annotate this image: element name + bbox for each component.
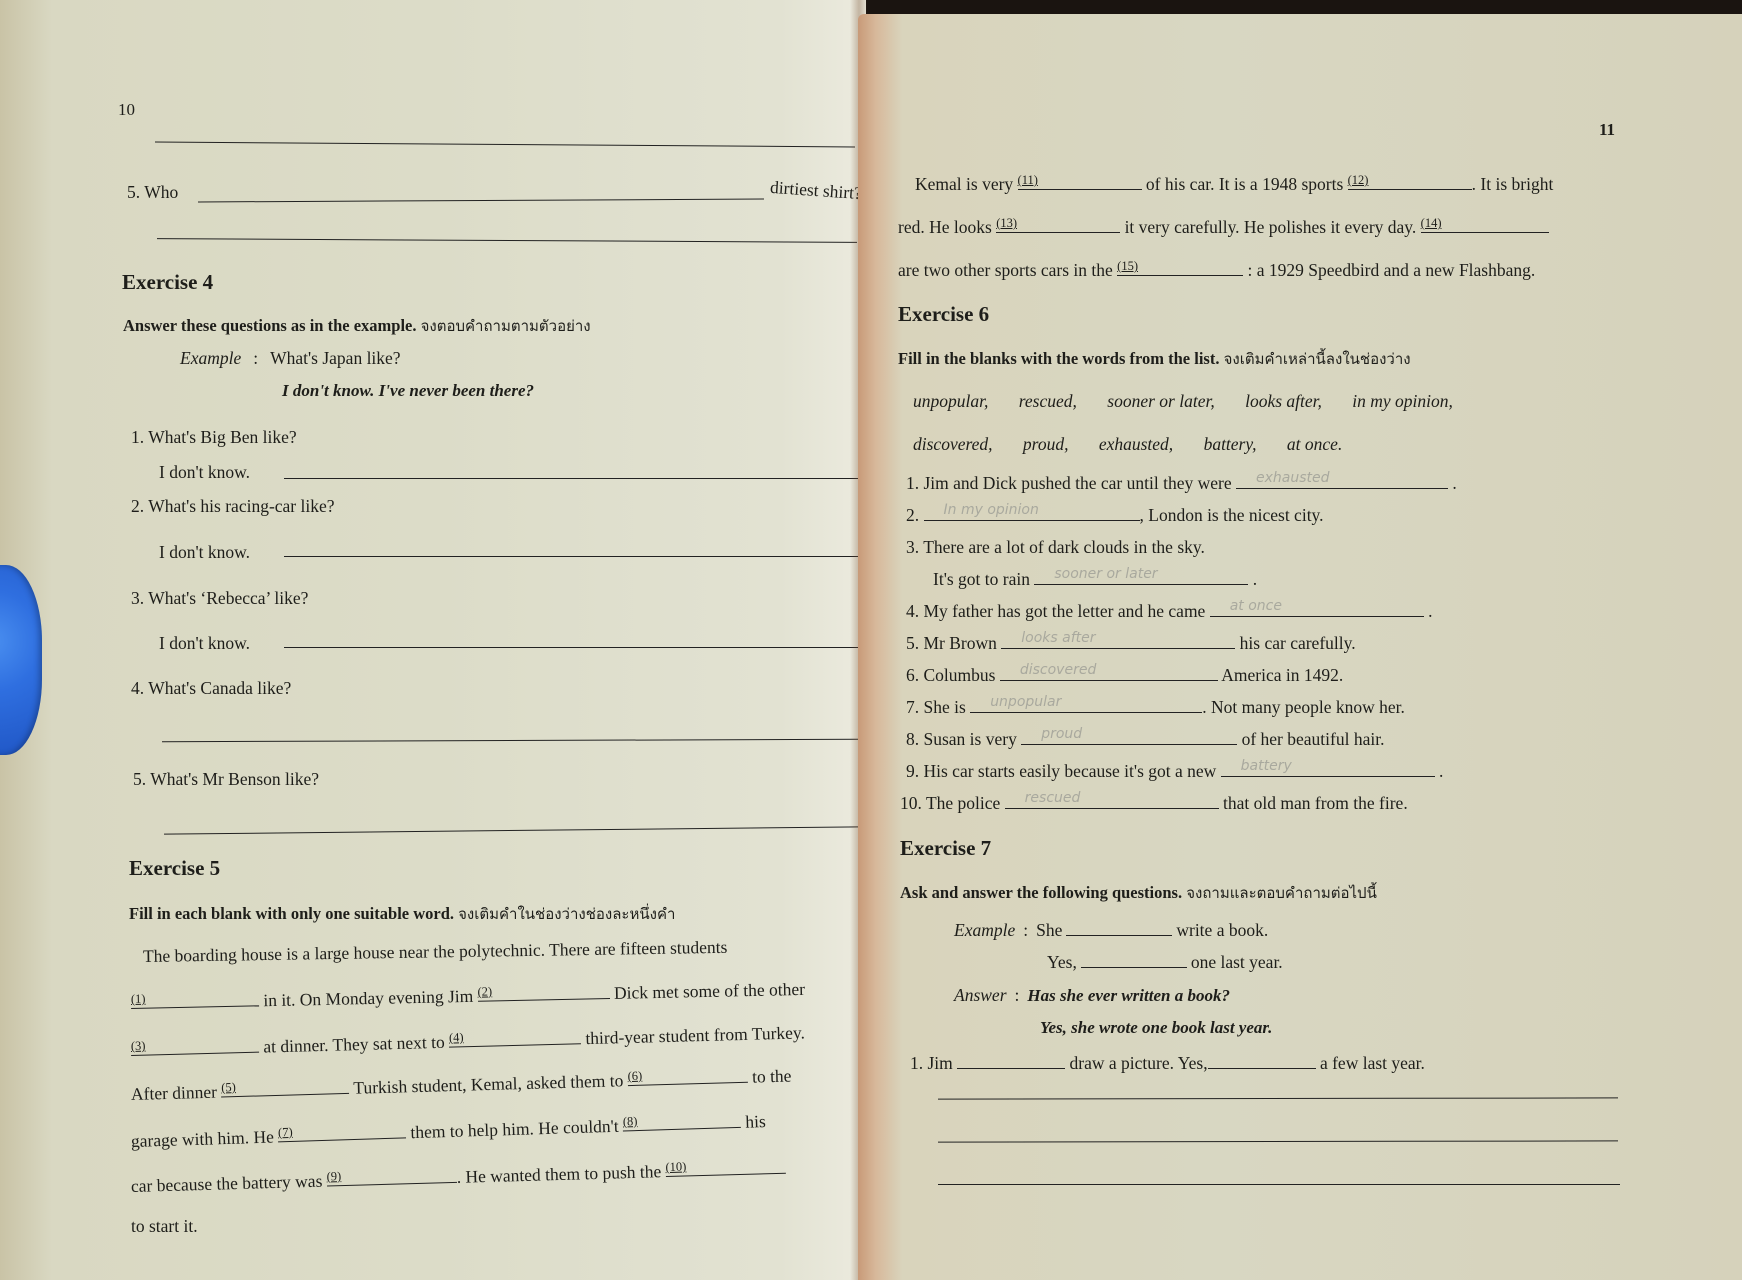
blank-1[interactable]: (1) — [131, 991, 259, 1009]
exercise-7-instruction: Ask and answer the following questions. … — [900, 881, 1377, 905]
item-question: What's his racing-car like? — [148, 496, 334, 516]
ex7-item-1-blank-2[interactable] — [1208, 1054, 1316, 1069]
ex7-example-line-1: Example : She write a book. — [954, 920, 1268, 941]
blank-number: (6) — [627, 1069, 642, 1084]
word-option: in my opinion, — [1352, 391, 1453, 411]
word-option: sooner or later, — [1107, 391, 1214, 411]
passage-text: in it. On Monday evening Jim — [259, 986, 478, 1011]
item-question: What's ‘Rebecca’ like? — [148, 588, 308, 608]
blue-cloth-object — [0, 565, 42, 755]
passage-line-6: to start it. — [131, 1216, 198, 1237]
example-text: Yes, — [1047, 952, 1077, 972]
exercise-6-instruction: Fill in the blanks with the words from t… — [898, 347, 1411, 371]
ex7-item-1: 1. Jim draw a picture. Yes, a few last y… — [910, 1053, 1425, 1074]
item-number: 4. — [131, 678, 144, 698]
passage-text: Turkish student, Kemal, asked them to — [349, 1070, 628, 1098]
passage-text: car because the battery was — [131, 1171, 327, 1196]
pencil-answer: rescued — [1025, 790, 1081, 806]
passage-text: are two other sports cars in the — [898, 260, 1117, 280]
passage-text: his — [741, 1111, 766, 1132]
ex7-answer-line[interactable] — [938, 1097, 1618, 1099]
ex6-item-7-blank[interactable]: unpopular — [970, 698, 1202, 713]
ex4-item-3-answer-lead: I don't know. — [159, 633, 250, 654]
ex4-item-3-question: 3. What's ‘Rebecca’ like? — [131, 588, 308, 609]
passage-line-2: (3) at dinner. They sat next to (4) thir… — [131, 1022, 805, 1061]
passage-text: at dinner. They sat next to — [259, 1032, 450, 1057]
ex6-item-4-blank[interactable]: at once — [1210, 602, 1424, 617]
answer-line — [155, 142, 855, 148]
item-lead: Who — [144, 182, 178, 202]
blank-7[interactable]: (7) — [278, 1123, 406, 1142]
example-text: write a book. — [1176, 920, 1268, 940]
answer-label: Answer — [954, 985, 1007, 1005]
passage-text: it very carefully. He polishes it every … — [1120, 217, 1420, 237]
instruction-thai: จงเติมคำเหล่านี้ลงในช่องว่าง — [1224, 350, 1411, 368]
item-number: 2. — [906, 505, 919, 525]
page-number-left: 10 — [118, 100, 135, 120]
word-option: looks after, — [1245, 391, 1322, 411]
item-number: 1. — [131, 427, 144, 447]
instruction-thai: จงถามและตอบคำถามต่อไปนี้ — [1186, 884, 1377, 902]
example-sep: : — [253, 348, 258, 368]
pencil-answer: unpopular — [990, 694, 1061, 710]
ex6-item-10: 10. The police rescued that old man from… — [900, 793, 1408, 814]
passage-text: third-year student from Turkey. — [581, 1022, 805, 1048]
item-number: 5. — [906, 633, 919, 653]
prev-item-5: 5. Who — [127, 182, 178, 203]
item-number: 3. — [131, 588, 144, 608]
word-option: unpopular, — [913, 391, 988, 411]
item-number: 2. — [131, 496, 144, 516]
ex6-item-2-blank[interactable]: In my opinion — [924, 506, 1140, 521]
ex4-item-3-answer-line[interactable] — [284, 647, 858, 648]
item-question: What's Mr Benson like? — [150, 769, 319, 789]
blank-10[interactable]: (10) — [665, 1159, 785, 1177]
passage-text: Kemal is very — [915, 174, 1018, 194]
blank-15[interactable]: (15) — [1117, 261, 1243, 276]
item-text: There are a lot of dark clouds in the sk… — [923, 537, 1205, 557]
ex6-item-3: 3. There are a lot of dark clouds in the… — [906, 537, 1205, 558]
ex6-item-6-blank[interactable]: discovered — [1000, 666, 1218, 681]
blank-4[interactable]: (4) — [449, 1029, 581, 1047]
passage-text: them to help him. He couldn't — [406, 1116, 624, 1143]
page-number-right: 11 — [1599, 120, 1615, 140]
ex4-item-2-question: 2. What's his racing-car like? — [131, 496, 335, 517]
passage-text: After dinner — [131, 1081, 222, 1104]
item-text: . — [1428, 601, 1432, 621]
ex4-item-1-answer-lead: I don't know. — [159, 462, 250, 483]
word-option: exhausted, — [1099, 434, 1173, 454]
blank-number: (5) — [221, 1080, 236, 1095]
ex4-item-5-question: 5. What's Mr Benson like? — [133, 769, 319, 790]
blank-2[interactable]: (2) — [477, 984, 609, 1002]
passage-text: of his car. It is a 1948 sports — [1142, 174, 1348, 194]
example-answer: I don't know. I've never been there? — [282, 381, 534, 401]
exercise-4-example: Example : What's Japan like? — [180, 348, 401, 369]
item-question: What's Canada like? — [148, 678, 291, 698]
word-option: rescued, — [1019, 391, 1077, 411]
instruction-en: Fill in each blank with only one suitabl… — [129, 904, 454, 923]
passage-line-4: garage with him. He (7) them to help him… — [131, 1111, 766, 1152]
passage-cont-line-1: red. He looks (13) it very carefully. He… — [898, 217, 1549, 238]
pencil-answer: looks after — [1021, 630, 1095, 646]
instruction-en: Ask and answer the following questions. — [900, 883, 1182, 902]
item-text: Jim and Dick pushed the car until they w… — [924, 473, 1232, 493]
passage-line-3: After dinner (5) Turkish student, Kemal,… — [131, 1066, 792, 1105]
ex6-item-1: 1. Jim and Dick pushed the car until the… — [906, 473, 1457, 494]
item-number: 3. — [906, 537, 919, 557]
ex4-item-5-answer-line[interactable] — [164, 826, 860, 834]
blank-12[interactable]: (12) — [1348, 175, 1472, 190]
instruction-en: Answer these questions as in the example… — [123, 316, 417, 335]
blank-11[interactable]: (11) — [1018, 175, 1142, 190]
item-text: his car carefully. — [1240, 633, 1356, 653]
item-text: It's got to rain — [933, 569, 1030, 589]
word-option: discovered, — [913, 434, 993, 454]
item-number: 10. — [900, 793, 922, 813]
item-text: , London is the nicest city. — [1140, 505, 1324, 525]
item-text: Susan is very — [924, 729, 1017, 749]
example-blank — [1081, 953, 1187, 968]
blank-number: (15) — [1117, 259, 1138, 274]
blank-number: (7) — [278, 1125, 293, 1140]
ex6-item-9-blank[interactable]: battery — [1221, 762, 1435, 777]
item-number: 9. — [906, 761, 919, 781]
passage-text: garage with him. He — [131, 1126, 279, 1151]
instruction-en: Fill in the blanks with the words from t… — [898, 349, 1219, 368]
pencil-answer: discovered — [1020, 662, 1097, 678]
blank-6[interactable]: (6) — [627, 1068, 747, 1086]
passage-text: red. He looks — [898, 217, 996, 237]
blank-number: (4) — [449, 1030, 464, 1045]
passage-text: Dick met some of the other — [609, 979, 805, 1003]
item-text: . — [1452, 473, 1456, 493]
ex6-item-3-cont: It's got to rain sooner or later . — [933, 569, 1257, 590]
ex6-item-1-blank[interactable]: exhausted — [1236, 474, 1448, 489]
exercise-7-title: Exercise 7 — [900, 836, 991, 861]
right-page: 11 Kemal is very (11) of his car. It is … — [858, 14, 1742, 1280]
pencil-answer: proud — [1041, 726, 1082, 742]
passage-line-5: car because the battery was (9). He want… — [131, 1158, 786, 1197]
pencil-answer: sooner or later — [1054, 566, 1157, 582]
ex7-item-1-blank-1[interactable] — [957, 1054, 1065, 1069]
ex4-item-1-answer-line[interactable] — [284, 478, 858, 479]
example-text: one last year. — [1191, 952, 1283, 972]
word-option: battery, — [1204, 434, 1257, 454]
item-number: 1. — [906, 473, 919, 493]
item-text: draw a picture. Yes, — [1070, 1053, 1208, 1073]
instruction-thai: จงตอบคำถามตามตัวอย่าง — [421, 317, 591, 335]
passage-cont-line-0: Kemal is very (11) of his car. It is a 1… — [915, 174, 1553, 195]
word-option: at once. — [1287, 434, 1342, 454]
blank-number: (12) — [1348, 173, 1369, 188]
ex4-item-2-answer-line[interactable] — [284, 556, 858, 557]
item-text: She is — [924, 697, 966, 717]
ex4-item-4-question: 4. What's Canada like? — [131, 678, 291, 699]
blank-number: (8) — [623, 1114, 638, 1129]
answer-line — [198, 199, 764, 203]
item-number: 7. — [906, 697, 919, 717]
ex6-item-8-blank[interactable]: proud — [1021, 730, 1237, 745]
word-option: proud, — [1023, 434, 1069, 454]
answer-text: Has she ever written a book? — [1027, 986, 1230, 1005]
passage-text: : a 1929 Speedbird and a new Flashbang. — [1243, 260, 1535, 280]
pencil-answer: In my opinion — [944, 502, 1039, 518]
example-question: What's Japan like? — [270, 348, 400, 368]
instruction-thai: จงเติมคำในช่องว่างช่องละหนึ่งคำ — [458, 905, 675, 923]
exercise-4-instruction: Answer these questions as in the example… — [123, 314, 591, 338]
passage-line-1: (1) in it. On Monday evening Jim (2) Dic… — [131, 979, 805, 1014]
ex7-answer-line[interactable] — [938, 1140, 1618, 1142]
item-number: 6. — [906, 665, 919, 685]
ex4-item-4-answer-line[interactable] — [162, 739, 858, 742]
item-number: 5. — [133, 769, 146, 789]
blank-14[interactable]: (14) — [1421, 218, 1549, 233]
ex6-item-8: 8. Susan is very proud of her beautiful … — [906, 729, 1384, 750]
item-text: America in 1492. — [1221, 665, 1343, 685]
ex6-item-4: 4. My father has got the letter and he c… — [906, 601, 1432, 622]
blank-number: (13) — [996, 216, 1017, 231]
ex4-item-2-answer-lead: I don't know. — [159, 542, 250, 563]
ex6-item-5: 5. Mr Brown looks after his car carefull… — [906, 633, 1356, 654]
item-number: 1. — [910, 1053, 923, 1073]
blank-number: (14) — [1421, 216, 1442, 231]
blank-number: (2) — [477, 984, 492, 999]
ex6-item-3-blank[interactable]: sooner or later — [1034, 570, 1248, 585]
passage-text: . It is bright — [1472, 174, 1554, 194]
ex6-item-2: 2. In my opinion, London is the nicest c… — [906, 505, 1324, 526]
item-text: of her beautiful hair. — [1242, 729, 1385, 749]
left-page: 10 5. Who dirtiest shirt? Exercise 4 Ans… — [0, 0, 866, 1280]
item-text: a few last year. — [1320, 1053, 1425, 1073]
example-label: Example — [180, 348, 241, 368]
blank-13[interactable]: (13) — [996, 218, 1120, 233]
blank-number: (11) — [1018, 173, 1038, 188]
pencil-answer: exhausted — [1256, 470, 1330, 486]
passage-text: . He wanted them to push the — [456, 1161, 665, 1187]
ex7-answer-line-1: Answer : Has she ever written a book? — [954, 985, 1230, 1006]
example-text: She — [1036, 920, 1062, 940]
blank-5[interactable]: (5) — [221, 1079, 349, 1098]
item-text: . — [1253, 569, 1257, 589]
word-list-row-1: unpopular, rescued, sooner or later, loo… — [913, 391, 1479, 412]
ex6-item-6: 6. Columbus discovered America in 1492. — [906, 665, 1343, 686]
exercise-5-title: Exercise 5 — [129, 856, 220, 881]
word-list-row-2: discovered, proud, exhausted, battery, a… — [913, 434, 1368, 455]
exercise-6-title: Exercise 6 — [898, 302, 989, 327]
blank-3[interactable]: (3) — [131, 1038, 259, 1056]
item-number: 5. — [127, 182, 140, 202]
blank-number: (3) — [131, 1039, 146, 1054]
blank-number: (10) — [665, 1159, 686, 1175]
example-sep: : — [1023, 920, 1028, 940]
ex6-item-9: 9. His car starts easily because it's go… — [906, 761, 1443, 782]
item-text: The police — [926, 793, 1000, 813]
ex4-item-1-question: 1. What's Big Ben like? — [131, 427, 297, 448]
ex6-item-10-blank[interactable]: rescued — [1005, 794, 1219, 809]
passage-cont-line-2: are two other sports cars in the (15) : … — [898, 260, 1535, 281]
item-text: My father has got the letter and he came — [924, 601, 1206, 621]
item-number: 4. — [906, 601, 919, 621]
answer-sep: : — [1015, 985, 1020, 1005]
pencil-answer: at once — [1230, 598, 1282, 614]
ex7-example-line-2: Yes, one last year. — [1047, 952, 1283, 973]
blank-number: (1) — [131, 992, 146, 1007]
example-label: Example — [954, 920, 1015, 940]
exercise-5-instruction: Fill in each blank with only one suitabl… — [129, 902, 675, 926]
item-number: 8. — [906, 729, 919, 749]
pencil-answer: battery — [1241, 758, 1292, 774]
ex6-item-7: 7. She is unpopular. Not many people kno… — [906, 697, 1405, 718]
item-text: Mr Brown — [924, 633, 997, 653]
passage-text: to the — [747, 1066, 791, 1087]
ex6-item-5-blank[interactable]: looks after — [1001, 634, 1235, 649]
ex7-answer-line[interactable] — [938, 1184, 1620, 1185]
ex7-answer-line-2: Yes, she wrote one book last year. — [1040, 1018, 1272, 1038]
blank-9[interactable]: (9) — [326, 1168, 456, 1187]
prev-item-tail: dirtiest shirt? — [769, 177, 862, 204]
item-text: . — [1439, 761, 1443, 781]
blank-8[interactable]: (8) — [623, 1113, 741, 1132]
item-question: What's Big Ben like? — [148, 427, 296, 447]
exercise-4-title: Exercise 4 — [122, 270, 213, 295]
passage-line-0: The boarding house is a large house near… — [143, 937, 728, 967]
answer-line — [157, 238, 857, 243]
item-text: that old man from the fire. — [1223, 793, 1408, 813]
item-text: Columbus — [924, 665, 996, 685]
item-text: . Not many people know her. — [1202, 697, 1405, 717]
item-text: Jim — [928, 1053, 953, 1073]
item-text: His car starts easily because it's got a… — [924, 761, 1217, 781]
blank-number: (9) — [326, 1169, 341, 1184]
example-blank — [1066, 921, 1172, 936]
